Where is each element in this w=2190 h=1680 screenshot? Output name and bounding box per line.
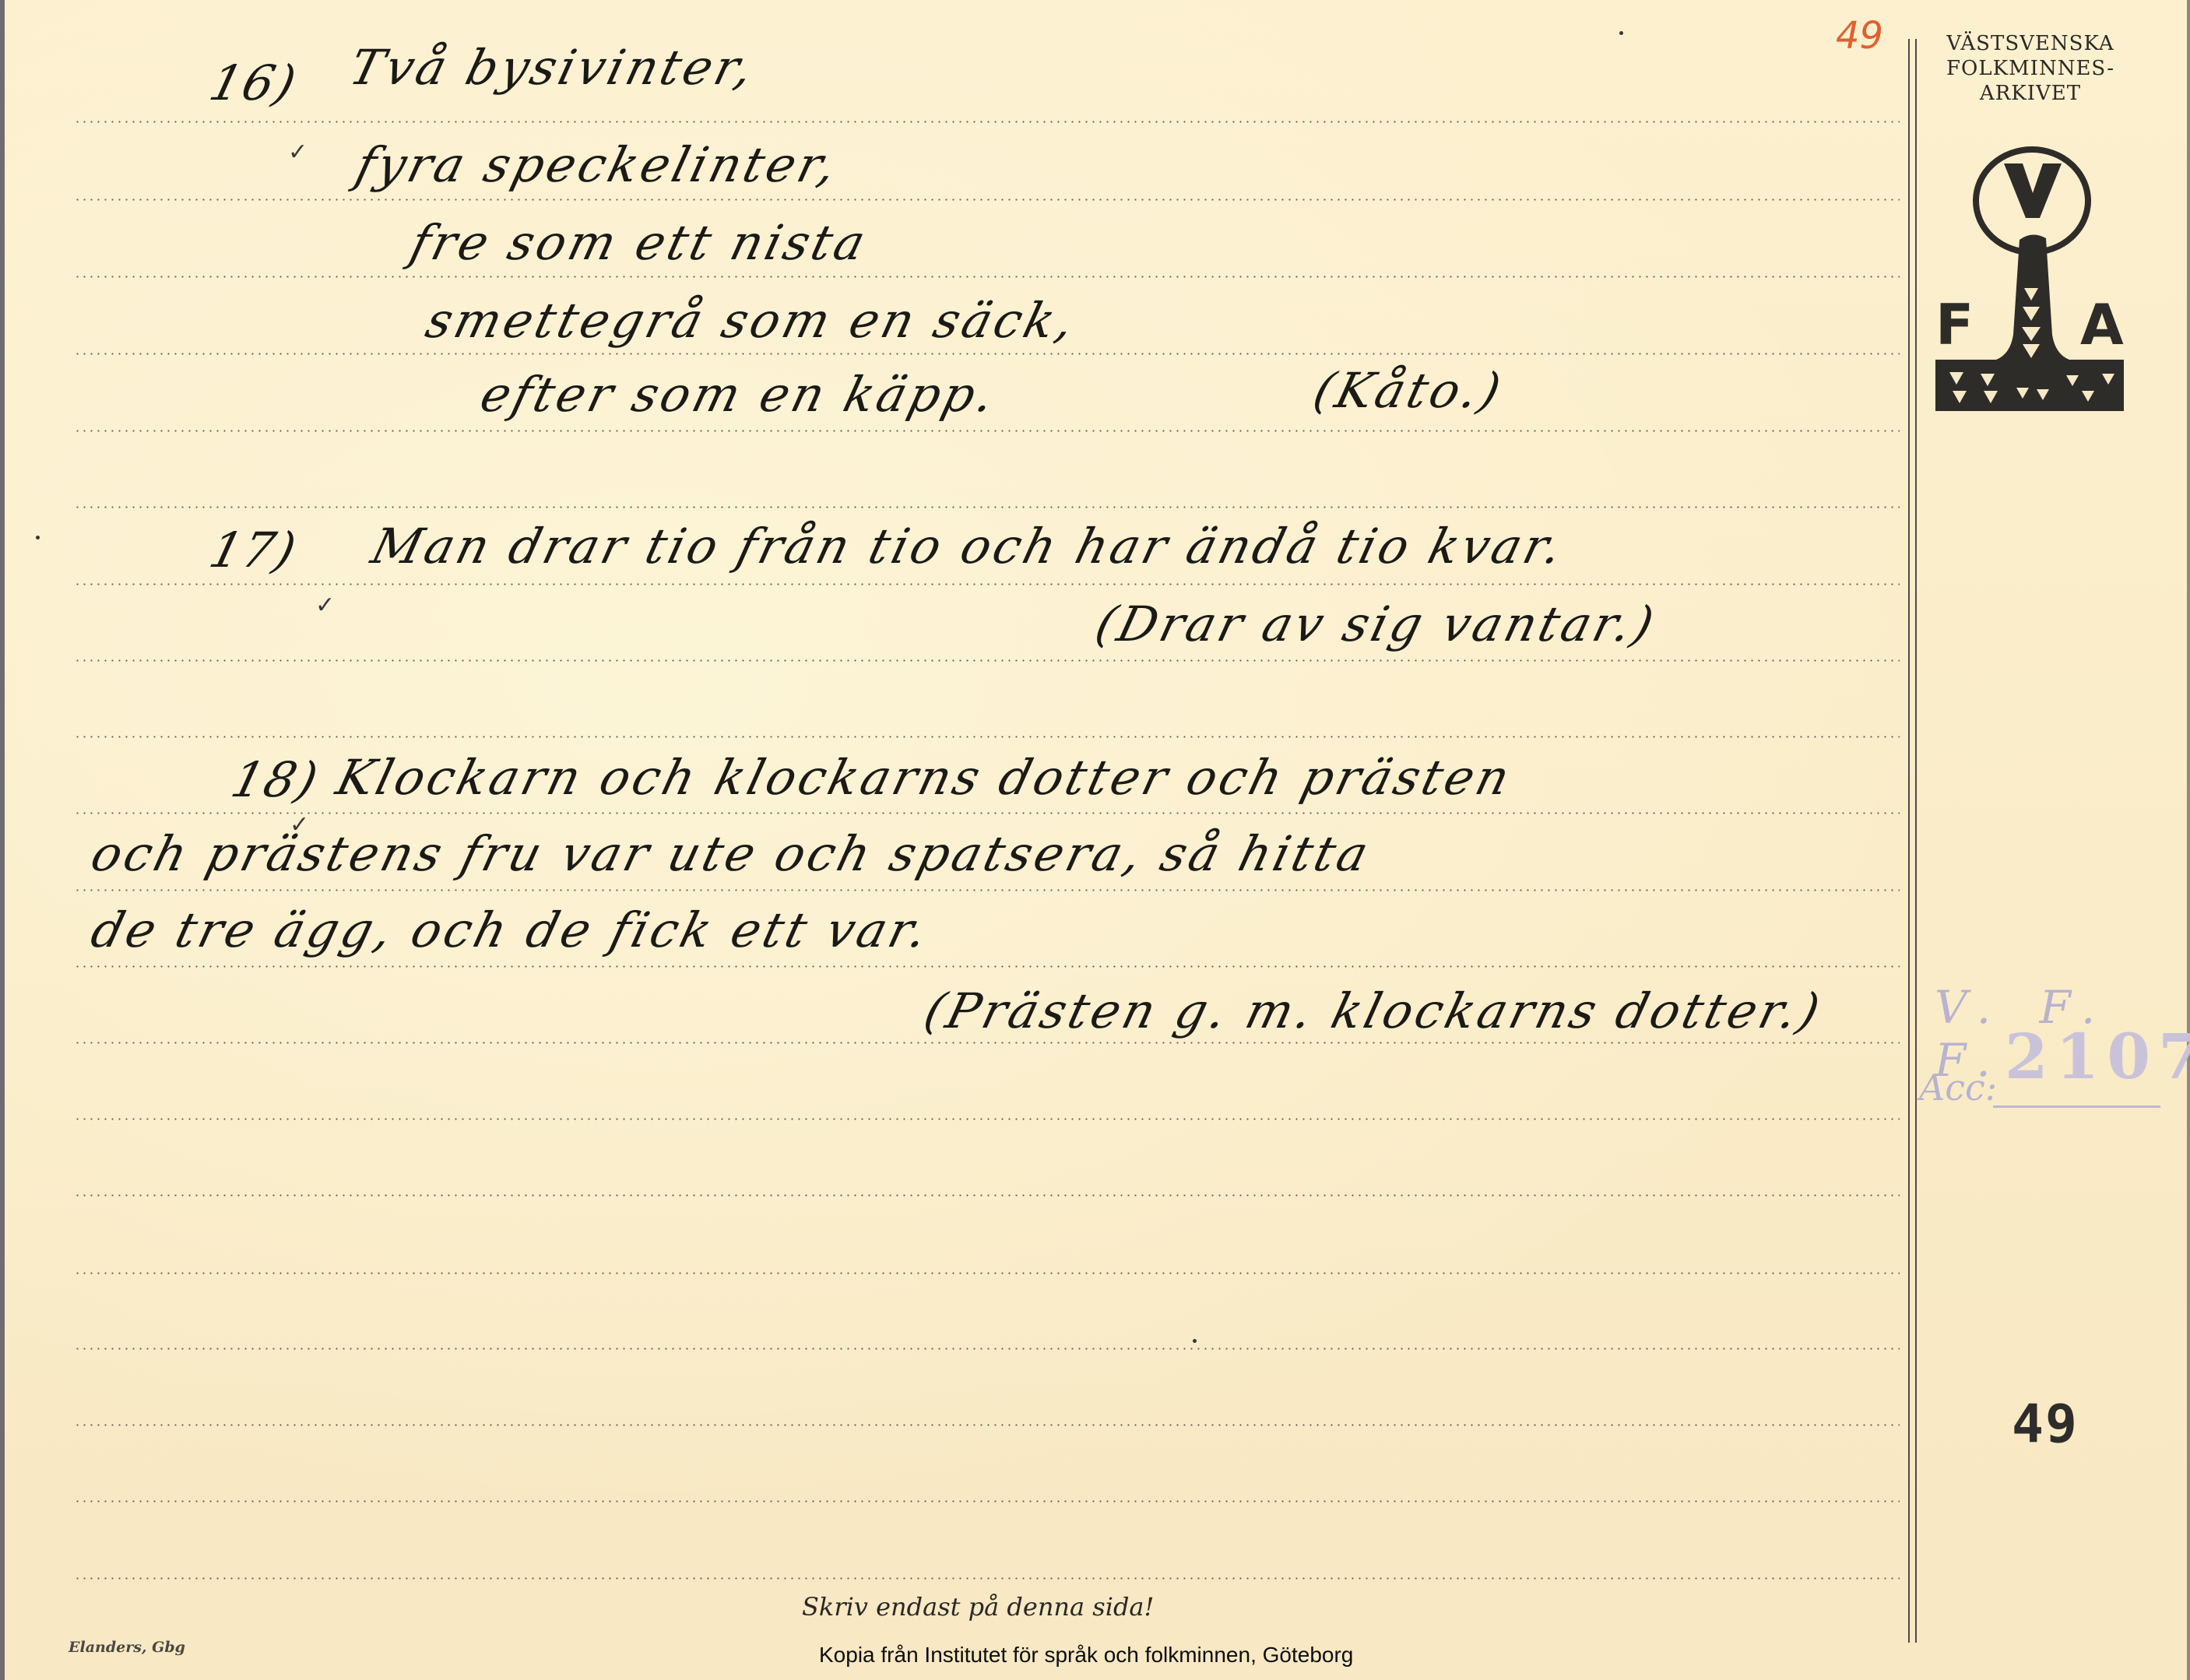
svg-text:A: A	[2080, 292, 2124, 357]
svg-text:F: F	[1935, 292, 1974, 357]
ruled-line	[74, 1194, 1900, 1197]
archive-title: VÄSTSVENSKA FOLKMINNES- ARKIVET	[1929, 31, 2132, 106]
ruled-line	[74, 1118, 1900, 1120]
entry-16-answer: (Kåto.)	[1308, 362, 1510, 419]
footer-instruction: Skriv endast på denna sida!	[802, 1592, 1154, 1622]
entry-17-number: 17)	[204, 522, 303, 578]
ruled-line	[74, 353, 1900, 355]
ruled-line	[74, 583, 1900, 585]
archive-accession-stamp: V. F. F. 2107 Acc:	[1919, 973, 2184, 1113]
ruled-line	[74, 659, 1900, 662]
ruled-line	[74, 736, 1900, 738]
thors-hammer-amulet-icon: F A	[1929, 140, 2132, 452]
check-mark-icon: ✓	[315, 592, 335, 619]
archive-logo: F A	[1929, 140, 2132, 452]
ruled-line	[74, 276, 1900, 278]
scan-edge-left	[0, 0, 5, 1680]
stamp-accession-label: Acc:	[1919, 1067, 1997, 1109]
ruled-line	[74, 506, 1900, 508]
entry-17-line: Man drar tio från tio och har ändå tio k…	[366, 518, 1571, 575]
entry-18-line: och prästens fru var ute och spatsera, s…	[86, 825, 1377, 882]
entry-16-number: 16)	[204, 54, 303, 111]
margin-divider-left	[1908, 39, 1910, 1643]
ruled-line	[74, 1577, 1900, 1580]
page-number-handwritten: 49	[1836, 14, 1883, 58]
entry-18-line: Klockarn och klockarns dotter och präste…	[331, 749, 1518, 806]
margin-divider-right	[1915, 39, 1917, 1643]
stamp-accession-number: 2107	[2005, 1020, 2190, 1093]
ruled-line	[74, 1348, 1900, 1350]
ruled-line	[74, 199, 1900, 201]
ruled-line	[74, 889, 1900, 891]
archive-title-line: VÄSTSVENSKA	[1929, 31, 2132, 56]
entry-16-line: smettegrå som en säck,	[420, 292, 1083, 349]
ink-speck	[36, 536, 40, 539]
archive-page: 49 VÄSTSVENSKA FOLKMINNES- ARKIVET F A	[0, 0, 2190, 1680]
entry-16-line: Två bysivinter,	[344, 39, 762, 96]
ink-speck	[1619, 31, 1623, 35]
page-number-stamped: 49	[2012, 1394, 2079, 1455]
check-mark-icon: ✓	[288, 139, 308, 166]
scan-edge-right	[2187, 0, 2190, 1680]
entry-18-line: de tre ägg, och de fick ett var.	[86, 902, 936, 958]
entry-18-answer: (Prästen g. m. klockarns dotter.)	[919, 982, 1828, 1039]
entry-17-answer: (Drar av sig vantar.)	[1090, 596, 1662, 652]
copy-notice: Kopia från Institutet för språk och folk…	[819, 1643, 1353, 1668]
ruled-line	[74, 965, 1900, 968]
ink-speck	[1193, 1339, 1197, 1343]
ruled-line	[74, 812, 1900, 814]
stamp-underline	[1993, 1105, 2160, 1108]
entry-16-line: fre som ett nista	[405, 214, 874, 271]
archive-title-line: ARKIVET	[1929, 81, 2132, 106]
ruled-line	[74, 1042, 1900, 1044]
ruled-line	[74, 1272, 1900, 1274]
ruled-line	[74, 1500, 1900, 1503]
ruled-line	[74, 1424, 1900, 1426]
archive-title-line: FOLKMINNES-	[1929, 56, 2132, 81]
printer-imprint: Elanders, Gbg	[69, 1639, 185, 1656]
ruled-line	[74, 430, 1900, 432]
entry-16-line: efter som en käpp.	[475, 366, 1003, 423]
entry-18-number: 18)	[226, 751, 325, 808]
ruled-line	[74, 121, 1900, 123]
entry-16-line: fyra speckelinter,	[350, 136, 845, 193]
